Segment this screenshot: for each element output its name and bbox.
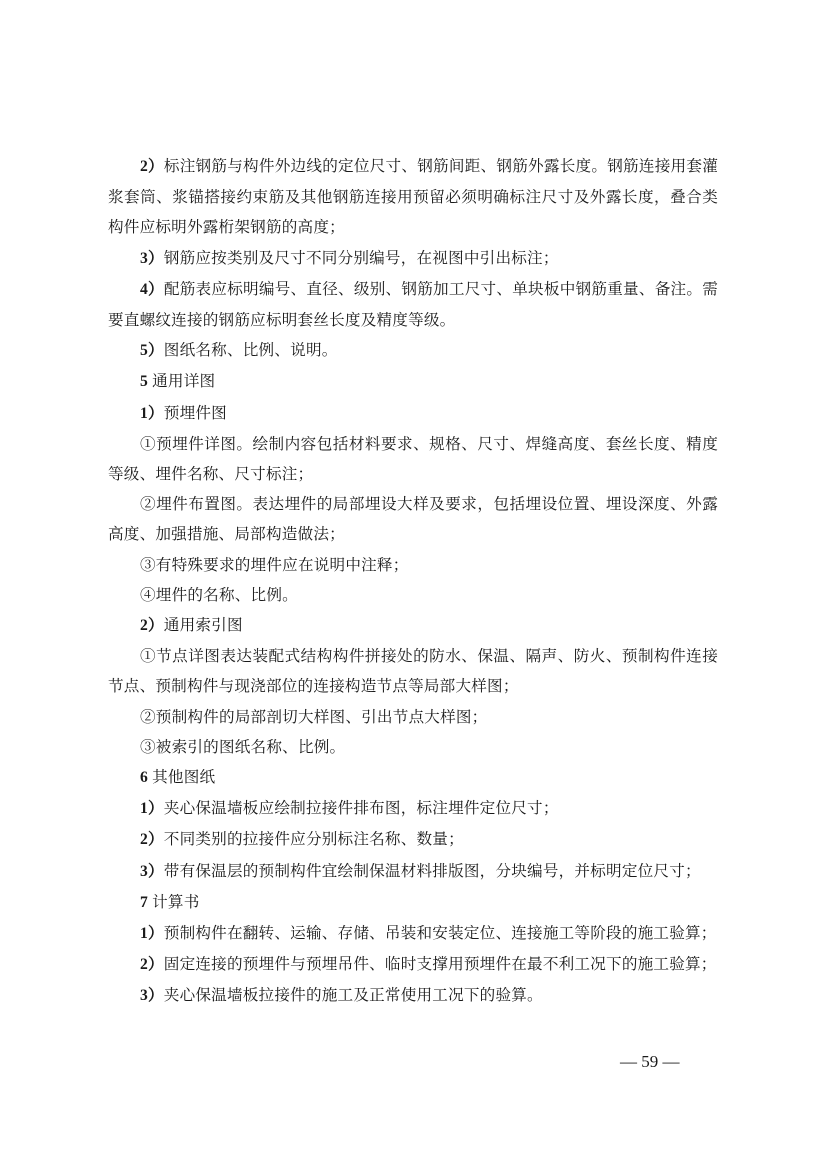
page-number: — 59 — [620,1052,680,1072]
paragraph: ①节点详图表达装配式结构构件拼接处的防水、保温、隔声、防火、预制构件连接节点、预… [108,641,718,701]
paragraph: 1）预制构件在翻转、运输、存储、吊装和安装定位、连接施工等阶段的施工验算； [108,918,718,949]
paragraph: ④埋件的名称、比例。 [108,580,718,610]
paragraph: ③被索引的图纸名称、比例。 [108,732,718,762]
paragraph: 3）夹心保温墙板拉接件的施工及正常使用工况下的验算。 [108,980,718,1011]
paragraph: ①预埋件详图。绘制内容包括材料要求、规格、尺寸、焊缝高度、套丝长度、精度等级、埋… [108,429,718,489]
paragraph: ③有特殊要求的埋件应在说明中注释； [108,550,718,580]
paragraph: 5）图纸名称、比例、说明。 [108,335,718,366]
subsection-heading: 1）预埋件图 [108,398,718,429]
section-heading: 7 计算书 [108,887,718,918]
page-body: 2）标注钢筋与构件外边线的定位尺寸、钢筋间距、钢筋外露长度。钢筋连接用套灌浆套筒… [108,151,718,1012]
subsection-heading: 2）通用索引图 [108,610,718,641]
paragraph: 4）配筋表应标明编号、直径、级别、钢筋加工尺寸、单块板中钢筋重量、备注。需要直螺… [108,274,718,335]
section-heading: 5 通用详图 [108,366,718,397]
paragraph: 2）不同类别的拉接件应分别标注名称、数量； [108,824,718,855]
paragraph: 2）标注钢筋与构件外边线的定位尺寸、钢筋间距、钢筋外露长度。钢筋连接用套灌浆套筒… [108,151,718,243]
paragraph: 3）带有保温层的预制构件宜绘制保温材料排版图，分块编号，并标明定位尺寸； [108,856,718,887]
paragraph: ②埋件布置图。表达埋件的局部埋设大样及要求，包括埋设位置、埋设深度、外露高度、加… [108,489,718,549]
paragraph: 3）钢筋应按类别及尺寸不同分别编号，在视图中引出标注； [108,243,718,274]
section-heading: 6 其他图纸 [108,762,718,793]
paragraph: 1）夹心保温墙板应绘制拉接件排布图，标注埋件定位尺寸； [108,793,718,824]
paragraph: ②预制构件的局部剖切大样图、引出节点大样图； [108,702,718,732]
paragraph: 2）固定连接的预埋件与预埋吊件、临时支撑用预埋件在最不利工况下的施工验算； [108,949,718,980]
